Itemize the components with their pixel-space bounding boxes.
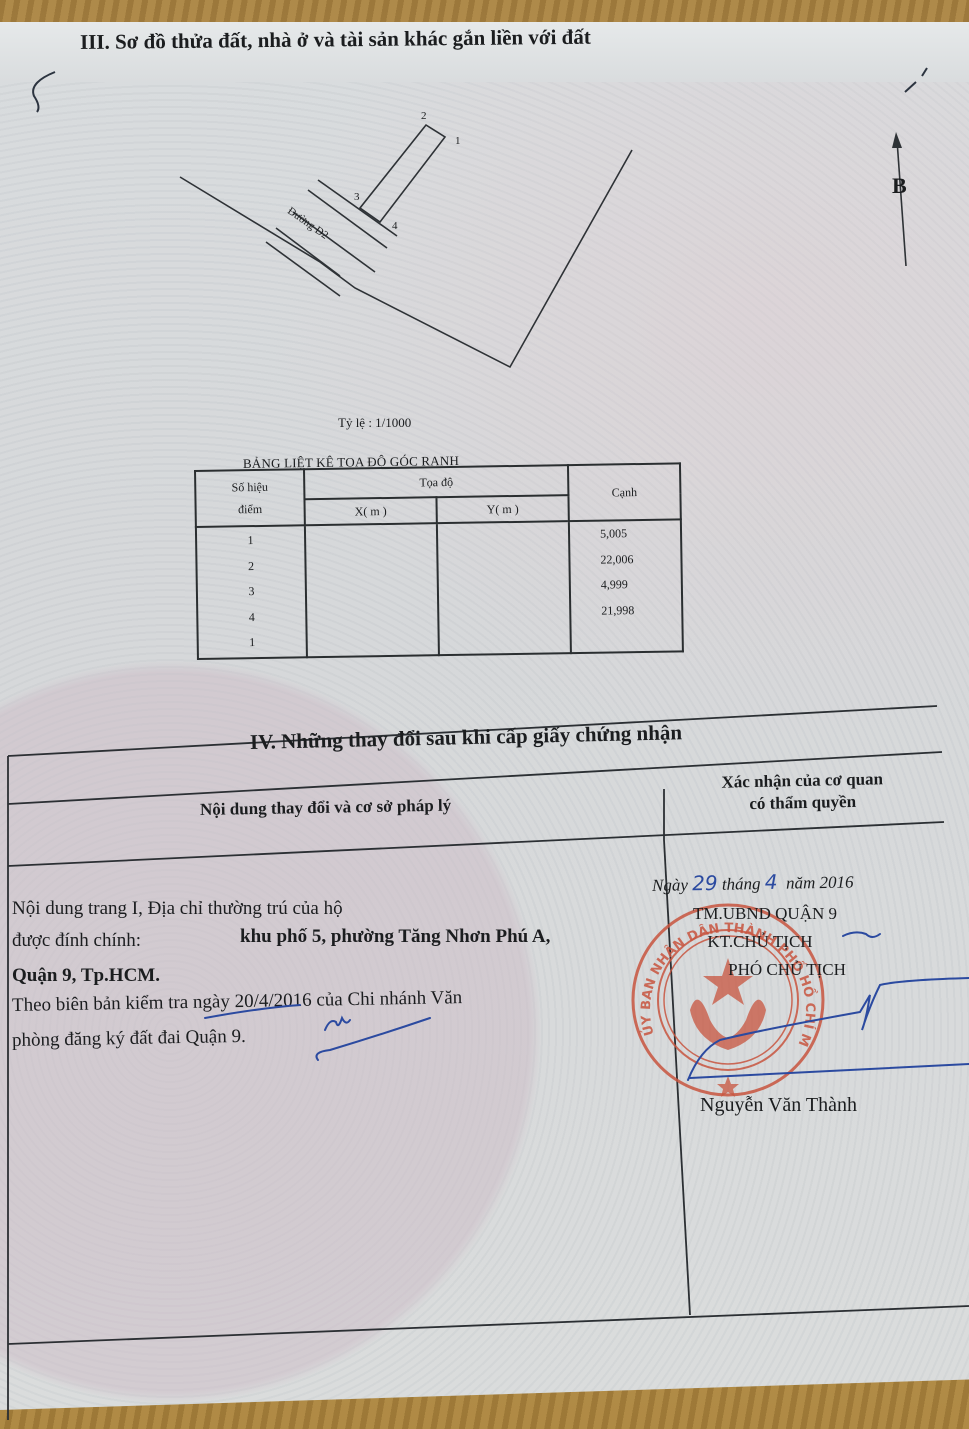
initials-mark [205,1005,350,1030]
initials-mark-2 [843,932,880,937]
handwritten-signatures [0,0,969,1429]
official-signature [688,978,969,1080]
signer-name: Nguyễn Văn Thành [700,1094,857,1117]
